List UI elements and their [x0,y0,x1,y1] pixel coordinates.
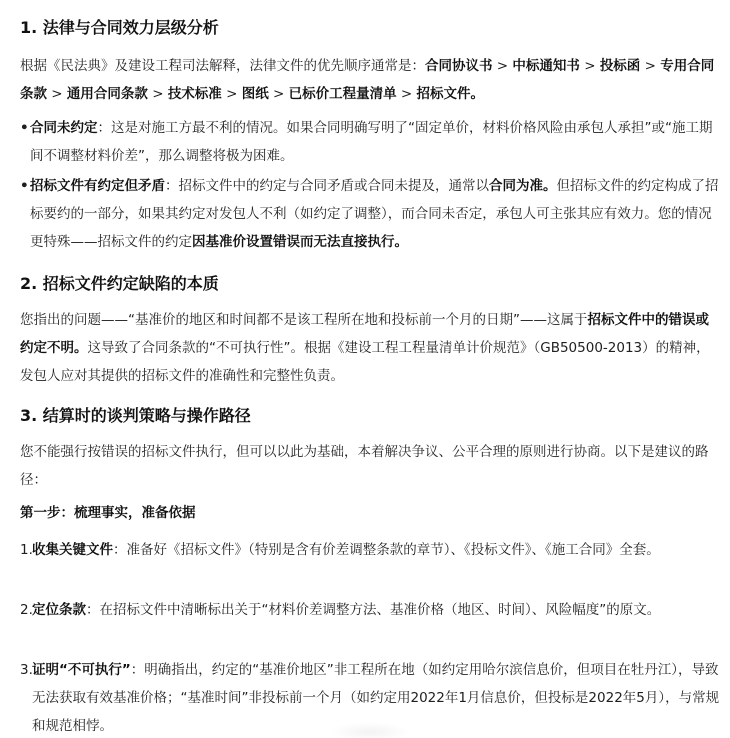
list-item: 招标文件有约定但矛盾：招标文件中的约定与合同矛盾或合同未提及，通常以合同为准。但… [20,172,720,256]
step-title: 第一步：梳理事实，准备依据 [20,499,720,527]
strategy-intro: 您不能强行按错误的招标文件执行，但可以以此为基础，本着解决争议、公平合理的原则进… [20,438,720,494]
scroll-fade [330,722,410,738]
step-list: 1.收集关键文件：准备好《招标文件》（特别是含有价差调整条款的章节）、《投标文件… [20,536,720,564]
list-item: 合同未约定：这是对施工方最不利的情况。如果合同明确写明了“固定单价，材料价格风险… [20,114,720,170]
bullet-list-1: 合同未约定：这是对施工方最不利的情况。如果合同明确写明了“固定单价，材料价格风险… [20,114,720,170]
section-heading-3: 3. 结算时的谈判策略与操作路径 [20,404,251,428]
defect-paragraph: 您指出的问题——“基准价的地区和时间都不是该工程所在地和投标前一个月的日期”——… [20,306,720,390]
bullet-list-2: 招标文件有约定但矛盾：招标文件中的约定与合同矛盾或合同未提及，通常以合同为准。但… [20,172,720,256]
section-heading-2: 2. 招标文件约定缺陷的本质 [20,272,219,296]
legal-order-paragraph: 根据《民法典》及建设工程司法解释，法律文件的优先顺序通常是：合同协议书 > 中标… [20,52,720,108]
list-item: 2.定位条款：在招标文件中清晰标出关于“材料价差调整方法、基准价格（地区、时间）… [20,596,720,624]
section-heading-1: 1. 法律与合同效力层级分析 [20,16,219,40]
step-list: 2.定位条款：在招标文件中清晰标出关于“材料价差调整方法、基准价格（地区、时间）… [20,596,720,624]
list-item: 1.收集关键文件：准备好《招标文件》（特别是含有价差调整条款的章节）、《投标文件… [20,536,720,564]
